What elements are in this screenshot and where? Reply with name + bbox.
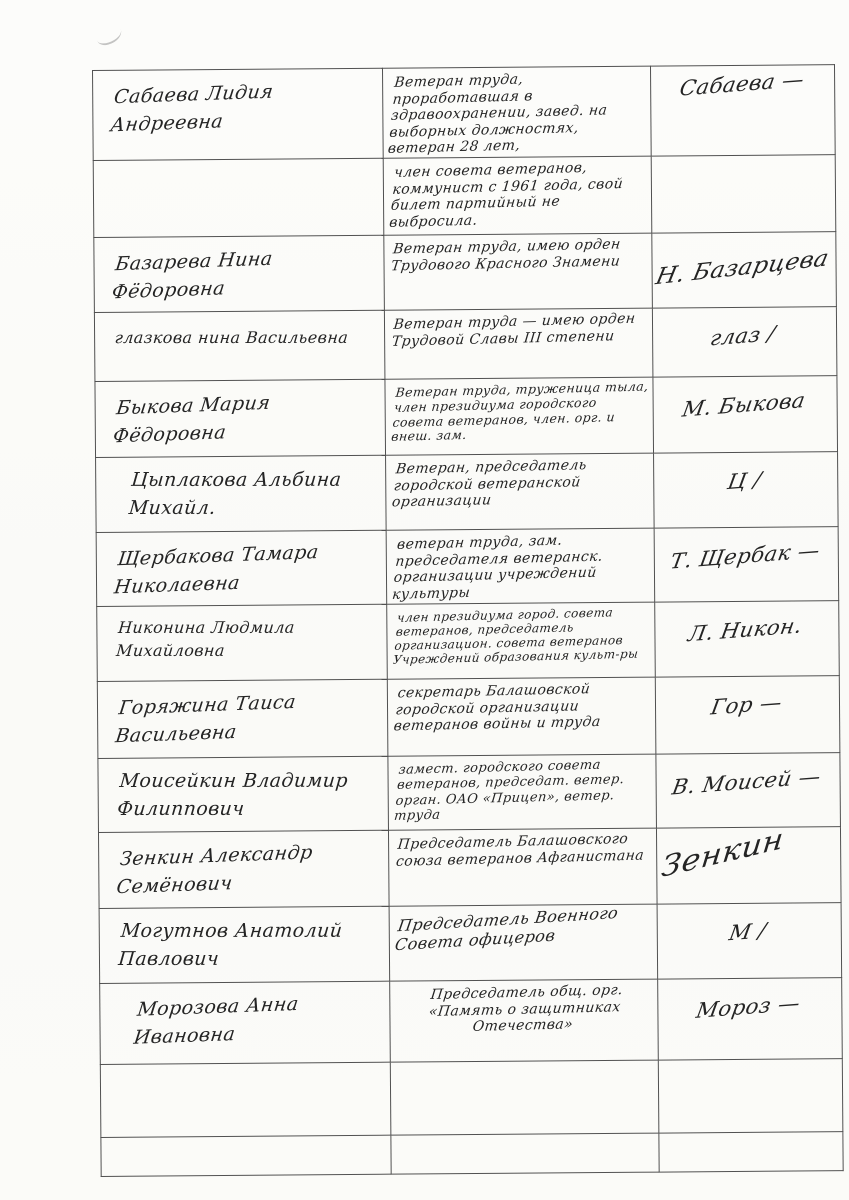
signature-cell [659,1131,843,1171]
name-cell: Морозова Анна Ивановна [100,981,391,1064]
name-cell: Моисейкин Владимир Филиппович [98,756,389,832]
handwritten-signature: Гор — [709,676,786,719]
signature-cell: М / [657,902,842,978]
description-cell: замест. городского совета ветеранов, пре… [388,754,657,830]
table-row: член совета ветеранов, коммунист с 1961 … [93,154,836,237]
handwritten-description: Ветеран труда, проработавшая в здравоохр… [385,66,649,157]
handwritten-name: Щербакова Тамара Николаевна [99,528,385,601]
handwritten-name: Морозова Анна Ивановна [102,979,388,1052]
description-cell: член совета ветеранов, коммунист с 1961 … [383,156,652,235]
signature-table: Сабаева Лидия Андреевна Ветеран труда, п… [92,64,844,1176]
table-row: Сабаева Лидия Андреевна Ветеран труда, п… [93,65,836,160]
handwritten-signature: М / [727,904,770,945]
handwritten-name: Цыплакова Альбина Михайл. [100,458,382,521]
handwritten-name [107,1073,122,1081]
signature-cell: В. Моисей — [656,752,841,827]
signature-cell: Ц / [654,451,839,527]
handwritten-description: секретарь Балашовской городской организа… [391,677,653,734]
handwritten-signature: Ц / [726,453,766,494]
handwritten-signature [749,1062,751,1076]
name-cell: Горяжина Таиса Васильевна [97,679,388,758]
table-row [101,1131,843,1176]
handwritten-signature: В. Моисей — [671,750,826,799]
name-cell: Могутнов Анатолий Павлович [99,906,390,983]
description-cell: Ветеран труда, труженица тыла, член през… [385,377,654,455]
description-cell: Ветеран труда, проработавшая в здравоохр… [382,66,651,158]
handwritten-name: Сабаева Лидия Андреевна [95,67,381,140]
handwritten-description: Председатель Военного Совета офицеров [392,900,655,955]
handwritten-signature: Мороз — [695,976,805,1022]
handwritten-description: Председатель Балашовского союза ветерано… [393,828,652,870]
table-row: Горяжина Таиса Васильевна секретарь Бала… [97,675,840,758]
table-row [100,1058,843,1137]
description-cell: ветеран труда, зам. председателя ветеран… [386,528,655,604]
handwritten-name [99,169,114,177]
handwritten-signature: Сабаева — [678,63,807,100]
handwritten-name: Могутнов Анатолий Павлович [103,909,385,972]
handwritten-signature: глаз / [709,307,781,350]
table-row: Никонина Людмила Михайловна член президи… [97,600,840,681]
signature-cell [651,154,836,232]
handwritten-signature [750,1135,752,1149]
table-row: Могутнов Анатолий Павлович Председатель … [99,902,842,983]
description-cell [391,1133,659,1174]
signature-cell: Т. Щербак — [654,526,839,601]
description-cell: Ветеран труда — имею орден Трудовой Слав… [384,308,653,379]
handwritten-name: Базарева Нина Фёдоровна [96,233,382,306]
handwritten-signature [742,158,744,172]
description-cell: Председатель Балашовского союза ветерано… [388,828,657,906]
name-cell: Зенкин Александр Семёнович [98,830,389,908]
name-cell: Цыплакова Альбина Михайл. [96,455,387,532]
handwritten-description: Ветеран, председатель городской ветеранс… [389,453,651,510]
table-row: Морозова Анна Ивановна Председатель общ.… [100,977,843,1064]
handwritten-signature: М. Быкова [681,374,810,421]
signature-cell [658,1058,843,1132]
handwritten-description: член президиума город. совета ветеранов,… [390,602,651,667]
description-cell: член президиума город. совета ветеранов,… [387,602,656,679]
description-cell: Председатель общ. орг. «Память о защитни… [390,979,659,1062]
handwritten-signature: Н. Базарцева [653,225,835,290]
handwritten-description: Председатель общ. орг. «Память о защитни… [393,979,654,1037]
description-cell: секретарь Балашовской городской организа… [387,677,656,756]
name-cell: глазкова нина Васильевна [94,310,385,381]
signature-cell: М. Быкова [653,375,838,452]
name-cell [101,1135,391,1176]
scanned-page: Сабаева Лидия Андреевна Ветеран труда, п… [0,0,849,1200]
name-cell: Базарева Нина Фёдоровна [94,235,385,312]
handwritten-description: Ветеран труда, труженица тыла, член през… [388,377,649,444]
handwritten-description [397,1150,399,1152]
scan-artifact-mark [94,22,124,47]
table-row: Зенкин Александр Семёнович Председатель … [98,826,841,908]
handwritten-description: Ветеран труда, имею орден Трудового Крас… [388,233,648,274]
signature-cell: глаз / [652,306,837,376]
description-cell: Ветеран труда, имею орден Трудового Крас… [384,233,653,310]
description-cell [390,1060,659,1135]
handwritten-description: ветеран труда, зам. председателя ветеран… [389,528,651,603]
handwritten-name: Зенкин Александр Семёнович [101,828,387,901]
handwritten-description: член совета ветеранов, коммунист с 1961 … [386,156,648,231]
signature-cell: Мороз — [658,977,843,1059]
handwritten-signature: Т. Щербак — [668,524,824,573]
table-row: Моисейкин Владимир Филиппович замест. го… [98,752,841,832]
description-cell: Председатель Военного Совета офицеров [389,904,658,981]
signature-cell: Сабаева — [650,65,835,156]
name-cell: Сабаева Лидия Андреевна [93,68,384,160]
description-cell: Ветеран, председатель городской ветеранс… [386,453,655,530]
signature-cell: Гор — [655,675,840,753]
name-cell: Никонина Людмила Михайловна [97,604,388,681]
name-cell [93,158,384,237]
signature-cell: Н. Базарцева [652,231,837,307]
name-cell: Быкова Мария Фёдоровна [95,379,386,457]
table-row: Щербакова Тамара Николаевна ветеран труд… [96,526,839,606]
table-row: глазкова нина Васильевна Ветеран труда —… [94,306,837,381]
signature-cell: Л. Никон. [655,600,840,676]
signature-cell: Зенкин [656,826,841,903]
handwritten-name: Быкова Мария Фёдоровна [97,377,383,450]
handwritten-description [397,1077,399,1079]
table-row: Базарева Нина Фёдоровна Ветеран труда, и… [94,231,837,312]
handwritten-name: Никонина Людмила Михайловна [101,607,383,662]
name-cell [100,1062,391,1137]
table-row: Быкова Мария Фёдоровна Ветеран труда, тр… [95,375,838,457]
handwritten-name: Моисейкин Владимир Филиппович [102,759,384,822]
handwritten-description: замест. городского совета ветеранов, пре… [391,754,653,824]
handwritten-name [107,1146,122,1155]
handwritten-name: Горяжина Таиса Васильевна [100,677,386,750]
table-row: Цыплакова Альбина Михайл. Ветеран, предс… [96,451,839,532]
handwritten-name: глазкова нина Васильевна [99,313,350,353]
name-cell: Щербакова Тамара Николаевна [96,530,387,606]
handwritten-signature: Л. Никон. [687,599,807,646]
handwritten-description: Ветеран труда — имею орден Трудовой Слав… [389,308,648,350]
